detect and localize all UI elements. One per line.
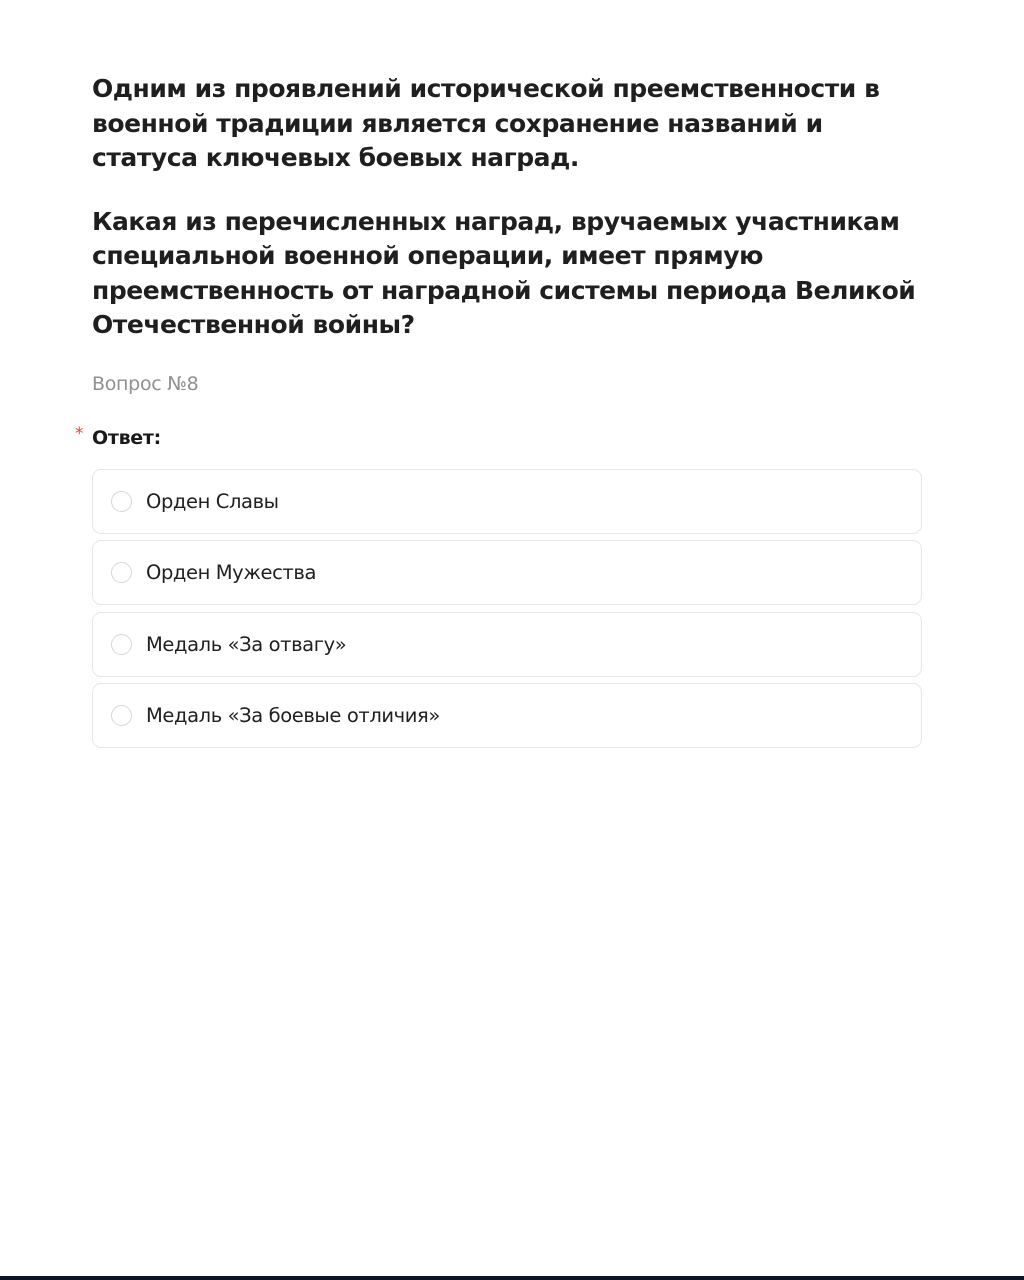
question-card: Одним из проявлений исторической преемст… <box>92 72 922 755</box>
required-asterisk: * <box>75 424 83 444</box>
option-medal-za-otvagu[interactable]: Медаль «За отвагу» <box>92 612 922 677</box>
answer-label-text: Ответ: <box>92 427 161 449</box>
option-label: Медаль «За боевые отличия» <box>146 704 440 727</box>
question-intro: Одним из проявлений исторической преемст… <box>92 72 922 176</box>
option-label: Медаль «За отвагу» <box>146 633 346 656</box>
answer-label: * Ответ: <box>92 427 922 449</box>
radio-icon[interactable] <box>111 705 132 726</box>
question-text: Какая из перечисленных наград, вручаемых… <box>92 205 922 343</box>
radio-icon[interactable] <box>111 634 132 655</box>
option-label: Орден Мужества <box>146 561 316 584</box>
bottom-bar <box>0 1276 1024 1280</box>
radio-icon[interactable] <box>111 562 132 583</box>
answer-options: Орден Славы Орден Мужества Медаль «За от… <box>92 469 922 749</box>
question-number: Вопрос №8 <box>92 373 922 395</box>
option-order-slavy[interactable]: Орден Славы <box>92 469 922 534</box>
radio-icon[interactable] <box>111 491 132 512</box>
option-order-muzhestva[interactable]: Орден Мужества <box>92 540 922 605</box>
option-medal-za-boevye-otlichiya[interactable]: Медаль «За боевые отличия» <box>92 683 922 748</box>
option-label: Орден Славы <box>146 490 279 513</box>
